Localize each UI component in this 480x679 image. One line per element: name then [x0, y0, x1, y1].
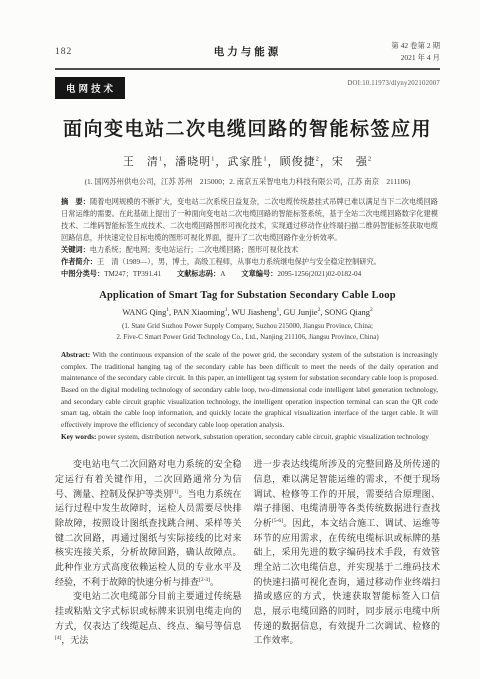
body-column-left: 变电站电气二次回路对电力系统的安全稳定运行有着关键作用，二次回路通常分为信号、测…	[55, 457, 242, 648]
doc-code-value: A	[220, 270, 225, 278]
keywords-en: Key words: power system, distribution ne…	[61, 432, 438, 444]
doc-code-label: 文献标志码：	[177, 270, 220, 278]
meta-row: 电网技术 DOI:10.11973/dlyny202102007	[55, 77, 440, 99]
body-text: 变电站电气二次回路对电力系统的安全稳定运行有着关键作用，二次回路通常分为信号、测…	[55, 457, 440, 648]
keywords-cn-label: 关键词：	[61, 246, 90, 254]
english-abstract-block: Abstract: With the continuous expansion …	[61, 350, 438, 443]
abstract-en-text: With the continuous expansion of the sca…	[61, 351, 438, 429]
chinese-abstract-block: 摘 要：随着电网规模的不断扩大，变电站二次系统日益复杂，二次电缆传统悬挂式吊牌已…	[61, 197, 438, 281]
issue-date: 2021 年 4 月	[401, 53, 440, 62]
keywords-cn-text: 电力系统；配电网；变电站运行；二次电缆回路；图形可视化技术	[90, 246, 298, 254]
abstract-cn-text: 随着电网规模的不断扩大，变电站二次系统日益复杂，二次电缆传统悬挂式吊牌已难以满足…	[61, 198, 438, 242]
article-title-en: Application of Smart Tag for Substation …	[55, 290, 440, 301]
affiliation-en-line2: 2. Five-C Smart Power Grid Technology Co…	[55, 332, 440, 343]
abstract-en-label: Abstract:	[61, 351, 90, 359]
abstract-en: Abstract: With the continuous expansion …	[61, 350, 438, 432]
header-rule	[55, 68, 440, 70]
journal-title: 电力与能源	[214, 44, 282, 59]
author-bio-text: 王 清（1989—），男，博士，高级工程师，从事电力系统继电保护与安全稳定控制研…	[97, 258, 381, 266]
affiliation-cn: (1. 国网苏州供电公司，江苏 苏州 215000；2. 南京五采智电电力科技有…	[55, 176, 440, 187]
authors-cn: 王 清1，潘晓明1，武家胜1，顾俊捷2，宋 强2	[55, 153, 440, 169]
keywords-cn: 关键词：电力系统；配电网；变电站运行；二次电缆回路；图形可视化技术	[61, 245, 438, 257]
affiliation-en-line1: (1. State Grid Suzhou Power Supply Compa…	[55, 321, 440, 332]
authors-en: WANG Qing1, PAN Xiaoming1, WU Jiasheng1,…	[55, 307, 440, 317]
article-id-label: 文章编号：	[241, 270, 277, 278]
clc-value: TM247；TP391.41	[104, 270, 161, 278]
article-id-value: 2095-1256(2021)02-0182-04	[277, 270, 361, 278]
author-bio-label: 作者简介：	[61, 258, 97, 266]
doi-text: DOI:10.11973/dlyny202102007	[347, 80, 440, 87]
clc-label: 中图分类号：	[61, 270, 104, 278]
issue-volume: 第 42 卷第 2 期	[391, 41, 440, 50]
abstract-cn: 摘 要：随着电网规模的不断扩大，变电站二次系统日益复杂，二次电缆传统悬挂式吊牌已…	[61, 197, 438, 245]
running-head: 182 电力与能源 第 42 卷第 2 期 2021 年 4 月	[55, 40, 440, 63]
affiliation-en: (1. State Grid Suzhou Power Supply Compa…	[55, 321, 440, 343]
keywords-en-label: Key words:	[61, 433, 96, 441]
body-column-right: 进一步表达线缆所涉及的完整回路及所传递的信息，难以满足智能运维的需求，不便于现场…	[254, 457, 441, 648]
paper-page: 182 电力与能源 第 42 卷第 2 期 2021 年 4 月 电网技术 DO…	[0, 0, 480, 679]
classification-line: 中图分类号：TM247；TP391.41文献标志码：A文章编号：2095-125…	[61, 269, 438, 281]
column-tag: 电网技术	[55, 77, 125, 99]
keywords-en-text: power system, distribution network, subs…	[98, 433, 429, 441]
issue-info: 第 42 卷第 2 期 2021 年 4 月	[281, 40, 440, 63]
author-bio: 作者简介：王 清（1989—），男，博士，高级工程师，从事电力系统继电保护与安全…	[61, 257, 438, 269]
page-number: 182	[55, 47, 214, 57]
abstract-cn-label: 摘 要：	[61, 198, 90, 206]
article-title-cn: 面向变电站二次电缆回路的智能标签应用	[55, 114, 440, 141]
